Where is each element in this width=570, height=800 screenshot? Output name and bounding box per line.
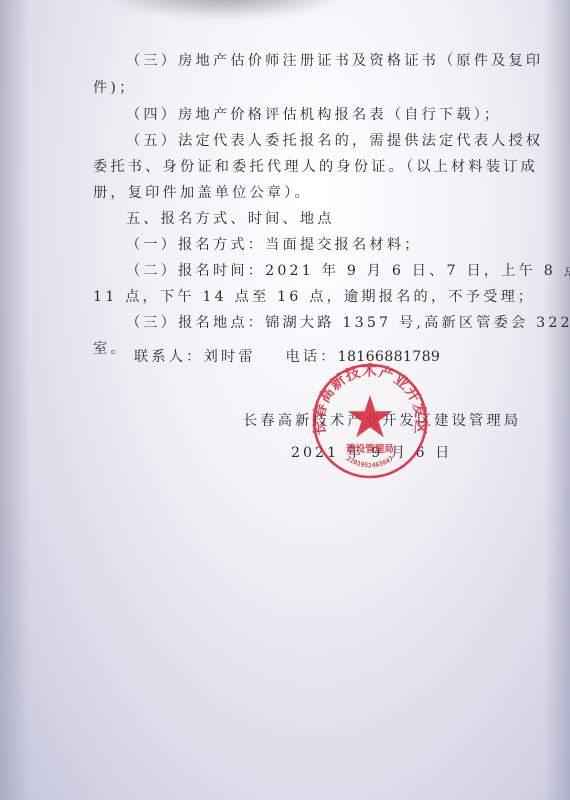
seal-serial-number: 2201952463647 [345,454,395,469]
page-edge-left [0,0,30,800]
paragraph-reg-method: （一）报名方式：当面提交报名材料； [126,236,422,254]
paragraph-reg-time-line2: 11 点，下午 14 点至 16 点，逾期报名的，不予受理； [93,288,535,306]
paragraph-item-5-line2: 委托书、身份证和委托代理人的身份证。（以上材料装订成 [93,158,538,176]
paragraph-item-4: （四）房地产价格评估机构报名表（自行下载）； [126,106,501,124]
paragraph-reg-place-line1: （三）报名地点：锦湖大路 1357 号,高新区管委会 322 [126,314,570,332]
contact-person-name: 刘时雷 [204,349,256,365]
official-seal-stamp: 长春高新技术产业开发区 建设管理局 2201952463647 [311,362,429,480]
paragraph-item-5-line1: （五）法定代表人委托报名的，需提供法定代表人授权 [126,132,543,150]
page-edge-right [544,0,570,800]
paragraph-reg-time-line1: （二）报名时间：2021 年 9 月 6 日、7 日，上午 8 点至 [126,262,570,280]
seal-star-icon [348,395,393,437]
page-shadow [110,0,340,18]
paragraph-item-5-line3: 册，复印件加盖单位公章）。 [93,184,312,202]
contact-person-label: 联系人： [134,349,204,365]
section-heading: 五、报名方式、时间、地点 [126,210,335,228]
paragraph-reg-place-line2: 室。 [93,340,128,358]
seal-inner-text: 建设管理局 [346,443,394,455]
paragraph-item-3-line2: 件)； [93,79,137,97]
paragraph-item-3-line1: （三）房地产估价师注册证书及资格证书（原件及复印 [126,52,543,70]
